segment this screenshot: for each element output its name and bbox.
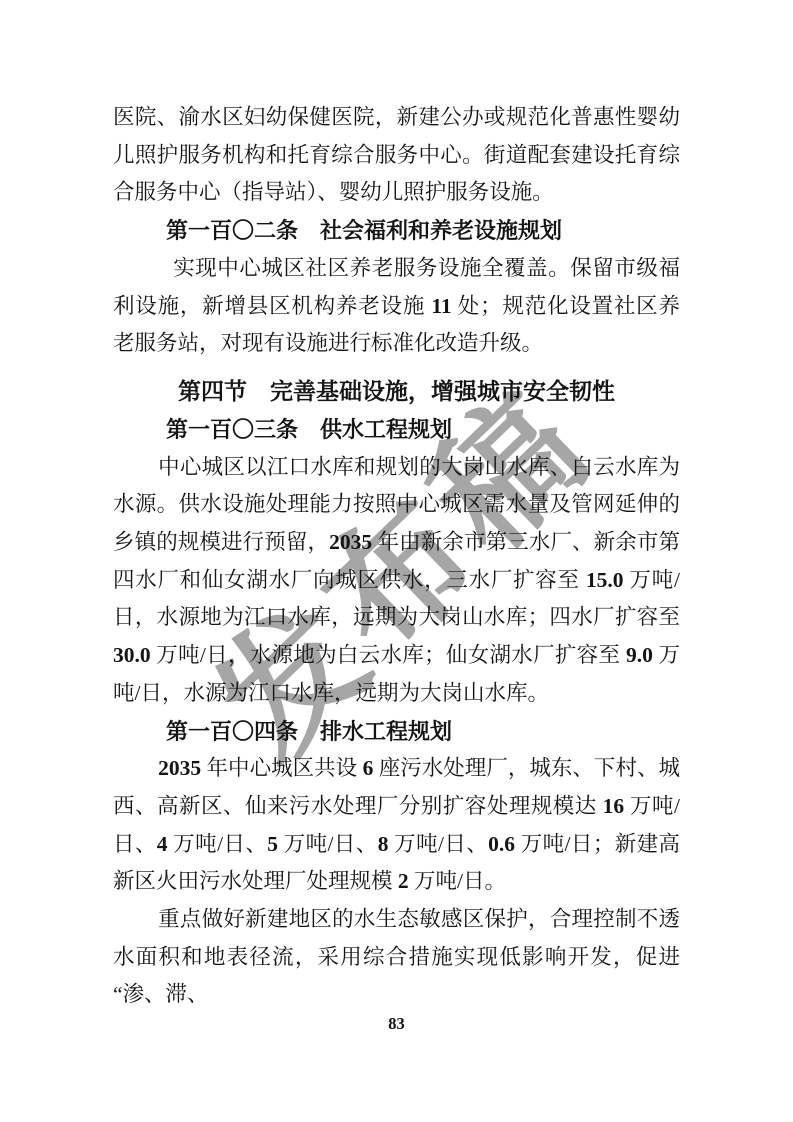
- document-page: 发布稿 医院、渝水区妇幼保健医院，新建公办或规范化普惠性婴幼儿照护服务机构和托育…: [0, 0, 793, 1122]
- article-102-heading: 第一百〇二条 社会福利和养老设施规划: [113, 212, 680, 250]
- article-103-paragraph: 中心城区以江口水库和规划的大岗山水库、白云水库为水源。供水设施处理能力按照中心城…: [113, 449, 680, 713]
- page-number: 83: [113, 1014, 680, 1034]
- article-103-heading: 第一百〇三条 供水工程规划: [113, 411, 680, 449]
- article-104-paragraph-2: 重点做好新建地区的水生态敏感区保护，合理控制不透水面积和地表径流，采用综合措施实…: [113, 901, 680, 1014]
- page-content: 医院、渝水区妇幼保健医院，新建公办或规范化普惠性婴幼儿照护服务机构和托育综合服务…: [0, 0, 793, 1034]
- section-4-heading: 第四节 完善基础设施，增强城市安全韧性: [113, 371, 680, 411]
- paragraph-continuation: 医院、渝水区妇幼保健医院，新建公办或规范化普惠性婴幼儿照护服务机构和托育综合服务…: [113, 99, 680, 212]
- article-104-paragraph-1: 2035 年中心城区共设 6 座污水处理厂，城东、下村、城西、高新区、仙来污水处…: [113, 750, 680, 901]
- article-104-heading: 第一百〇四条 排水工程规划: [113, 713, 680, 751]
- article-102-paragraph: 实现中心城区社区养老服务设施全覆盖。保留市级福利设施，新增县区机构养老设施 11…: [113, 250, 680, 363]
